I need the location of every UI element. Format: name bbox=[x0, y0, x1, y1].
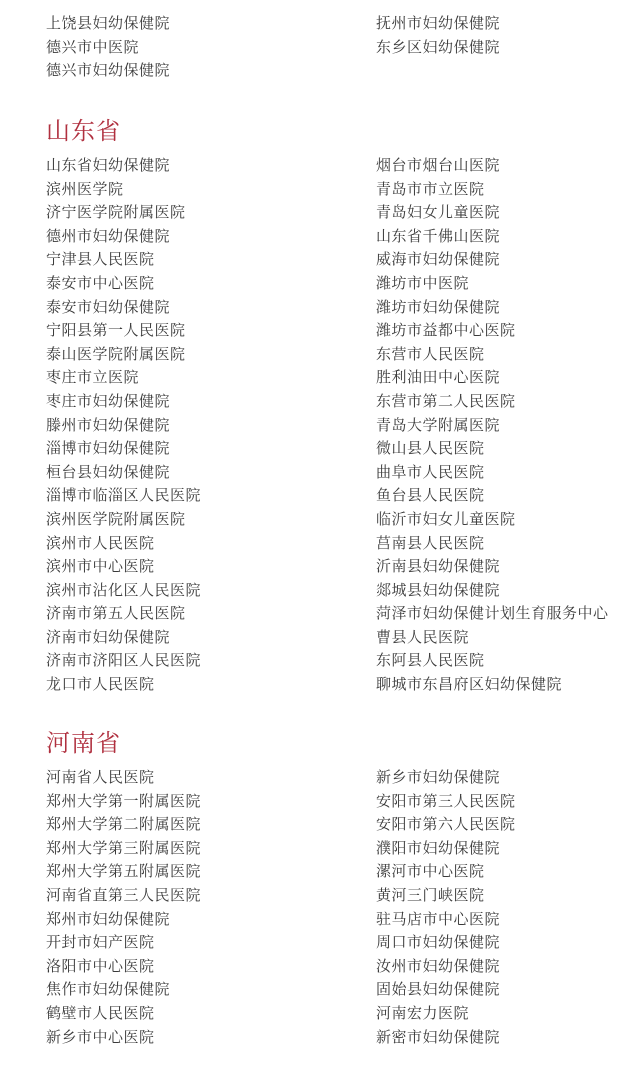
hospital-item: 济宁医学院附属医院 bbox=[46, 201, 201, 225]
hospital-item: 菏泽市妇幼保健计划生育服务中心 bbox=[376, 602, 609, 626]
hospital-item: 曹县人民医院 bbox=[376, 626, 609, 650]
hospital-item: 青岛大学附属医院 bbox=[376, 414, 609, 438]
hospital-item: 东乡区妇幼保健院 bbox=[376, 36, 500, 60]
hospital-item: 河南省人民医院 bbox=[46, 766, 201, 790]
hospital-item: 滨州医学院附属医院 bbox=[46, 508, 201, 532]
hospital-item: 漯河市中心医院 bbox=[376, 860, 516, 884]
hospital-item: 郑州大学第一附属医院 bbox=[46, 790, 201, 814]
right-column: 抚州市妇幼保健院 东乡区妇幼保健院 bbox=[376, 12, 500, 59]
hospital-item: 济南市第五人民医院 bbox=[46, 602, 201, 626]
hospital-item: 新乡市中心医院 bbox=[46, 1026, 201, 1050]
hospital-item: 东营市第二人民医院 bbox=[376, 390, 609, 414]
hospital-item: 上饶县妇幼保健院 bbox=[46, 12, 170, 36]
hospital-item: 淄博市临淄区人民医院 bbox=[46, 484, 201, 508]
hospital-item: 山东省妇幼保健院 bbox=[46, 154, 201, 178]
hospital-item: 枣庄市妇幼保健院 bbox=[46, 390, 201, 414]
hospital-item: 泰山医学院附属医院 bbox=[46, 343, 201, 367]
hospital-item: 宁阳县第一人民医院 bbox=[46, 319, 201, 343]
hospital-item: 安阳市第三人民医院 bbox=[376, 790, 516, 814]
hospital-item: 驻马店市中心医院 bbox=[376, 908, 516, 932]
hospital-item: 洛阳市中心医院 bbox=[46, 955, 201, 979]
hospital-item: 焦作市妇幼保健院 bbox=[46, 978, 201, 1002]
left-column: 山东省妇幼保健院滨州医学院济宁医学院附属医院德州市妇幼保健院宁津县人民医院泰安市… bbox=[46, 154, 201, 697]
hospital-item: 濮阳市妇幼保健院 bbox=[376, 837, 516, 861]
hospital-item: 微山县人民医院 bbox=[376, 437, 609, 461]
hospital-item: 郯城县妇幼保健院 bbox=[376, 579, 609, 603]
hospital-item: 郑州大学第五附属医院 bbox=[46, 860, 201, 884]
hospital-item: 郑州大学第三附属医院 bbox=[46, 837, 201, 861]
hospital-item: 黄河三门峡医院 bbox=[376, 884, 516, 908]
left-column: 河南省人民医院郑州大学第一附属医院郑州大学第二附属医院郑州大学第三附属医院郑州大… bbox=[46, 766, 201, 1049]
hospital-item: 胜利油田中心医院 bbox=[376, 366, 609, 390]
hospital-item: 周口市妇幼保健院 bbox=[376, 931, 516, 955]
province-heading-shandong: 山东省 bbox=[46, 116, 121, 146]
hospital-item: 沂南县妇幼保健院 bbox=[376, 555, 609, 579]
hospital-item: 潍坊市中医院 bbox=[376, 272, 609, 296]
hospital-item: 德兴市中医院 bbox=[46, 36, 170, 60]
hospital-item: 泰安市妇幼保健院 bbox=[46, 296, 201, 320]
hospital-item: 聊城市东昌府区妇幼保健院 bbox=[376, 673, 609, 697]
hospital-item: 安阳市第六人民医院 bbox=[376, 813, 516, 837]
hospital-item: 潍坊市益都中心医院 bbox=[376, 319, 609, 343]
hospital-item: 临沂市妇女儿童医院 bbox=[376, 508, 609, 532]
hospital-item: 东阿县人民医院 bbox=[376, 649, 609, 673]
hospital-item: 河南省直第三人民医院 bbox=[46, 884, 201, 908]
hospital-item: 汝州市妇幼保健院 bbox=[376, 955, 516, 979]
hospital-item: 郑州大学第二附属医院 bbox=[46, 813, 201, 837]
hospital-item: 滨州市中心医院 bbox=[46, 555, 201, 579]
hospital-item: 淄博市妇幼保健院 bbox=[46, 437, 201, 461]
right-column: 烟台市烟台山医院青岛市市立医院青岛妇女儿童医院山东省千佛山医院威海市妇幼保健院潍… bbox=[376, 154, 609, 697]
hospital-item: 济南市妇幼保健院 bbox=[46, 626, 201, 650]
hospital-item: 济南市济阳区人民医院 bbox=[46, 649, 201, 673]
hospital-item: 山东省千佛山医院 bbox=[376, 225, 609, 249]
hospital-item: 抚州市妇幼保健院 bbox=[376, 12, 500, 36]
hospital-item: 鹤壁市人民医院 bbox=[46, 1002, 201, 1026]
hospital-item: 郑州市妇幼保健院 bbox=[46, 908, 201, 932]
hospital-item: 宁津县人民医院 bbox=[46, 248, 201, 272]
hospital-item: 滕州市妇幼保健院 bbox=[46, 414, 201, 438]
hospital-item: 潍坊市妇幼保健院 bbox=[376, 296, 609, 320]
hospital-item: 鱼台县人民医院 bbox=[376, 484, 609, 508]
hospital-item: 开封市妇产医院 bbox=[46, 931, 201, 955]
hospital-item: 新乡市妇幼保健院 bbox=[376, 766, 516, 790]
hospital-item: 滨州市沾化区人民医院 bbox=[46, 579, 201, 603]
hospital-item: 新密市妇幼保健院 bbox=[376, 1026, 516, 1050]
hospital-item: 滨州市人民医院 bbox=[46, 532, 201, 556]
province-heading-henan: 河南省 bbox=[46, 728, 121, 758]
hospital-item: 曲阜市人民医院 bbox=[376, 461, 609, 485]
hospital-item: 泰安市中心医院 bbox=[46, 272, 201, 296]
hospital-item: 东营市人民医院 bbox=[376, 343, 609, 367]
hospital-item: 枣庄市立医院 bbox=[46, 366, 201, 390]
hospital-item: 河南宏力医院 bbox=[376, 1002, 516, 1026]
hospital-item: 青岛妇女儿童医院 bbox=[376, 201, 609, 225]
hospital-item: 烟台市烟台山医院 bbox=[376, 154, 609, 178]
hospital-item: 桓台县妇幼保健院 bbox=[46, 461, 201, 485]
hospital-item: 滨州医学院 bbox=[46, 178, 201, 202]
hospital-item: 德州市妇幼保健院 bbox=[46, 225, 201, 249]
hospital-item: 龙口市人民医院 bbox=[46, 673, 201, 697]
hospital-item: 莒南县人民医院 bbox=[376, 532, 609, 556]
hospital-item: 德兴市妇幼保健院 bbox=[46, 59, 170, 83]
right-column: 新乡市妇幼保健院安阳市第三人民医院安阳市第六人民医院濮阳市妇幼保健院漯河市中心医… bbox=[376, 766, 516, 1049]
hospital-item: 威海市妇幼保健院 bbox=[376, 248, 609, 272]
left-column: 上饶县妇幼保健院 德兴市中医院 德兴市妇幼保健院 bbox=[46, 12, 170, 83]
hospital-item: 青岛市市立医院 bbox=[376, 178, 609, 202]
hospital-item: 固始县妇幼保健院 bbox=[376, 978, 516, 1002]
